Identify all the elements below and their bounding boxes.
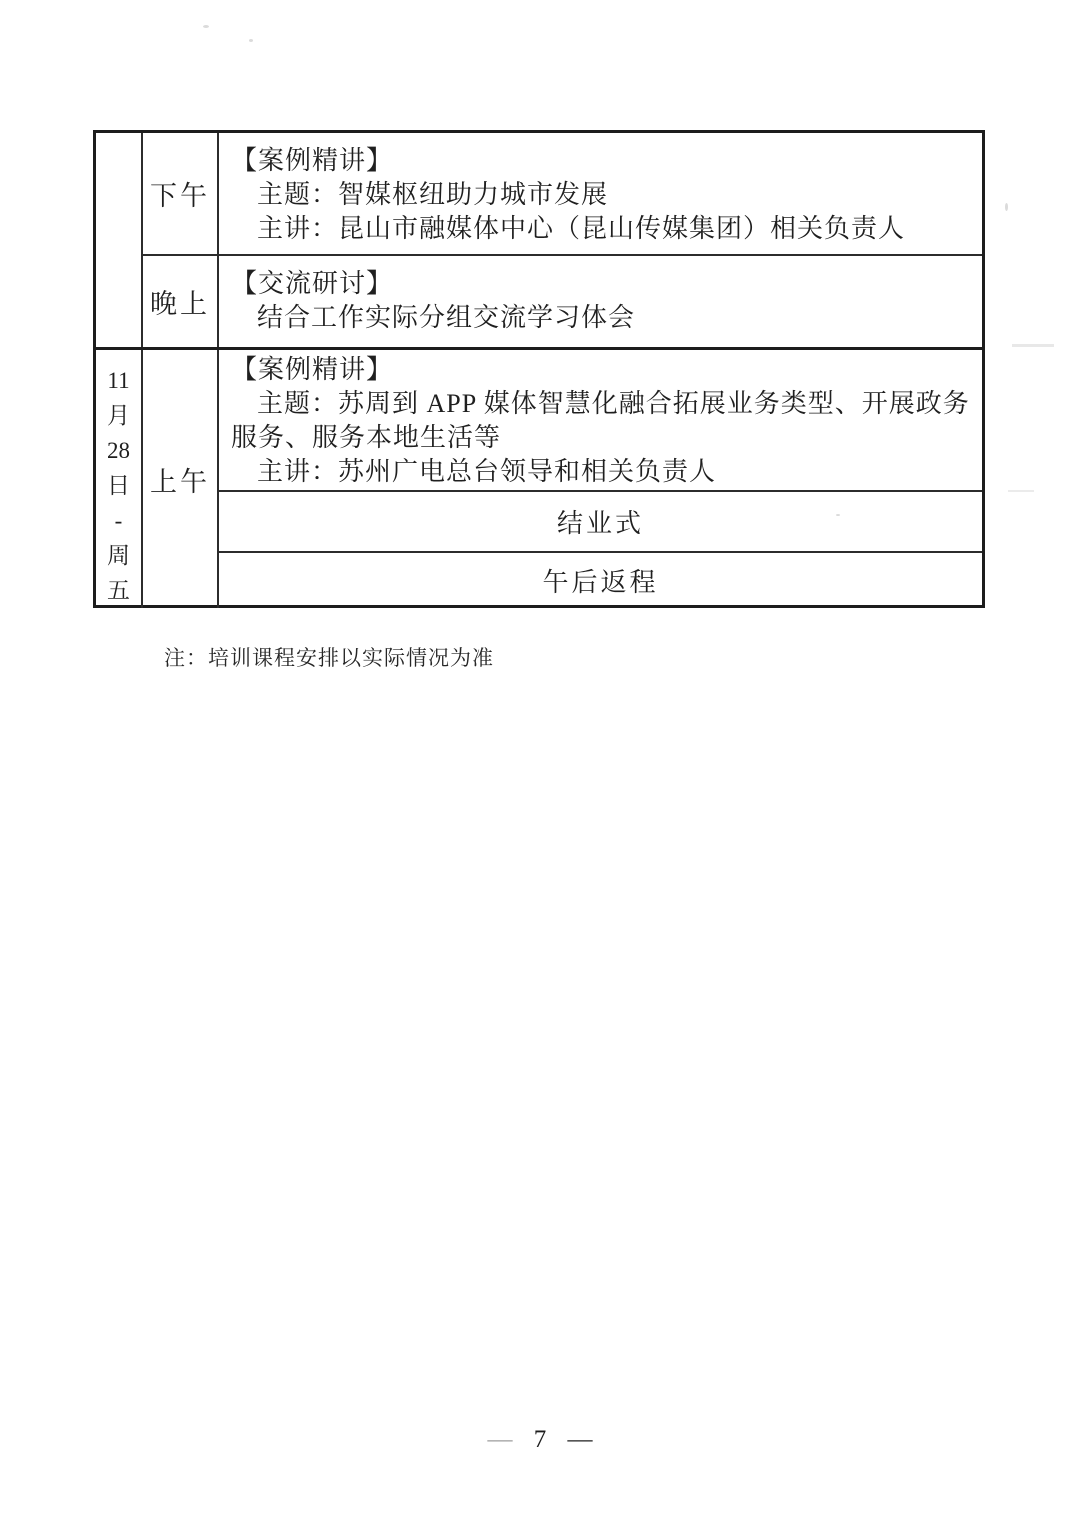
return-trip-label: 午后返程 xyxy=(542,562,658,599)
table-row-friday: 11 月 28 日 - 周 五 上午 【案例精讲】 主题：苏周到 APP 媒体智… xyxy=(96,350,982,608)
date-cell-empty xyxy=(96,133,143,347)
scan-noise-speck xyxy=(1005,203,1008,211)
topic-line: 主题：智媒枢纽助力城市发展 xyxy=(231,178,978,212)
scan-noise-speck xyxy=(203,25,209,28)
friday-content-group: 【案例精讲】 主题：苏周到 APP 媒体智慧化融合拓展业务类型、开展政务服务、服… xyxy=(219,350,982,608)
segment-header: 【交流研讨】 xyxy=(231,267,978,301)
session-cell-morning: 上午 xyxy=(143,350,219,608)
content-cell-evening: 【交流研讨】 结合工作实际分组交流学习体会 xyxy=(219,256,982,347)
content-cell-morning: 【案例精讲】 主题：苏周到 APP 媒体智慧化融合拓展业务类型、开展政务服务、服… xyxy=(219,350,982,492)
body-line: 结合工作实际分组交流学习体会 xyxy=(231,301,978,335)
date-char: 五 xyxy=(107,573,130,608)
date-cell-friday: 11 月 28 日 - 周 五 xyxy=(96,350,143,608)
date-char: 11 xyxy=(107,363,129,398)
speaker-line: 主讲：苏州广电总台领导和相关负责人 xyxy=(231,455,978,489)
session-cell-evening: 晚上 xyxy=(143,256,219,347)
date-char: 28 xyxy=(107,433,130,468)
page-footer: — 7 — xyxy=(0,1426,1080,1454)
table-band-top-right: 下午 【案例精讲】 主题：智媒枢纽助力城市发展 主讲：昆山市融媒体中心（昆山传媒… xyxy=(143,133,982,347)
segment-header: 【案例精讲】 xyxy=(231,144,978,178)
schedule-note: 注：培训课程安排以实际情况为准 xyxy=(164,642,494,672)
session-label: 下午 xyxy=(150,174,210,213)
date-char: 月 xyxy=(107,398,130,433)
closing-ceremony-cell: 结业式 xyxy=(219,492,982,553)
date-char: 周 xyxy=(107,538,130,573)
footer-left-dash: — xyxy=(488,1426,513,1453)
return-trip-cell: 午后返程 xyxy=(219,553,982,608)
content-cell-afternoon: 【案例精讲】 主题：智媒枢纽助力城市发展 主讲：昆山市融媒体中心（昆山传媒集团）… xyxy=(219,133,982,254)
segment-header: 【案例精讲】 xyxy=(231,353,978,387)
date-char: - xyxy=(115,503,123,538)
footer-page-number: 7 xyxy=(534,1426,547,1453)
session-cell-afternoon: 下午 xyxy=(143,133,219,254)
scan-noise-speck xyxy=(836,514,840,516)
footer-right-dash: — xyxy=(568,1426,593,1453)
date-char: 日 xyxy=(107,468,130,503)
table-band-top: 下午 【案例精讲】 主题：智媒枢纽助力城市发展 主讲：昆山市融媒体中心（昆山传媒… xyxy=(96,133,982,350)
scan-noise-speck xyxy=(572,518,575,521)
table-row-evening: 晚上 【交流研讨】 结合工作实际分组交流学习体会 xyxy=(143,256,982,347)
closing-ceremony-label: 结业式 xyxy=(557,503,644,540)
scan-noise-speck xyxy=(249,39,253,42)
scan-noise-streak xyxy=(1008,490,1034,492)
training-schedule-table: 下午 【案例精讲】 主题：智媒枢纽助力城市发展 主讲：昆山市融媒体中心（昆山传媒… xyxy=(93,130,985,608)
table-row-afternoon: 下午 【案例精讲】 主题：智媒枢纽助力城市发展 主讲：昆山市融媒体中心（昆山传媒… xyxy=(143,133,982,256)
session-label: 上午 xyxy=(150,460,210,499)
speaker-line: 主讲：昆山市融媒体中心（昆山传媒集团）相关负责人 xyxy=(231,212,978,246)
scan-noise-streak xyxy=(1012,344,1054,347)
session-label: 晚上 xyxy=(150,282,210,321)
topic-line: 主题：苏周到 APP 媒体智慧化融合拓展业务类型、开展政务服务、服务本地生活等 xyxy=(231,387,978,455)
